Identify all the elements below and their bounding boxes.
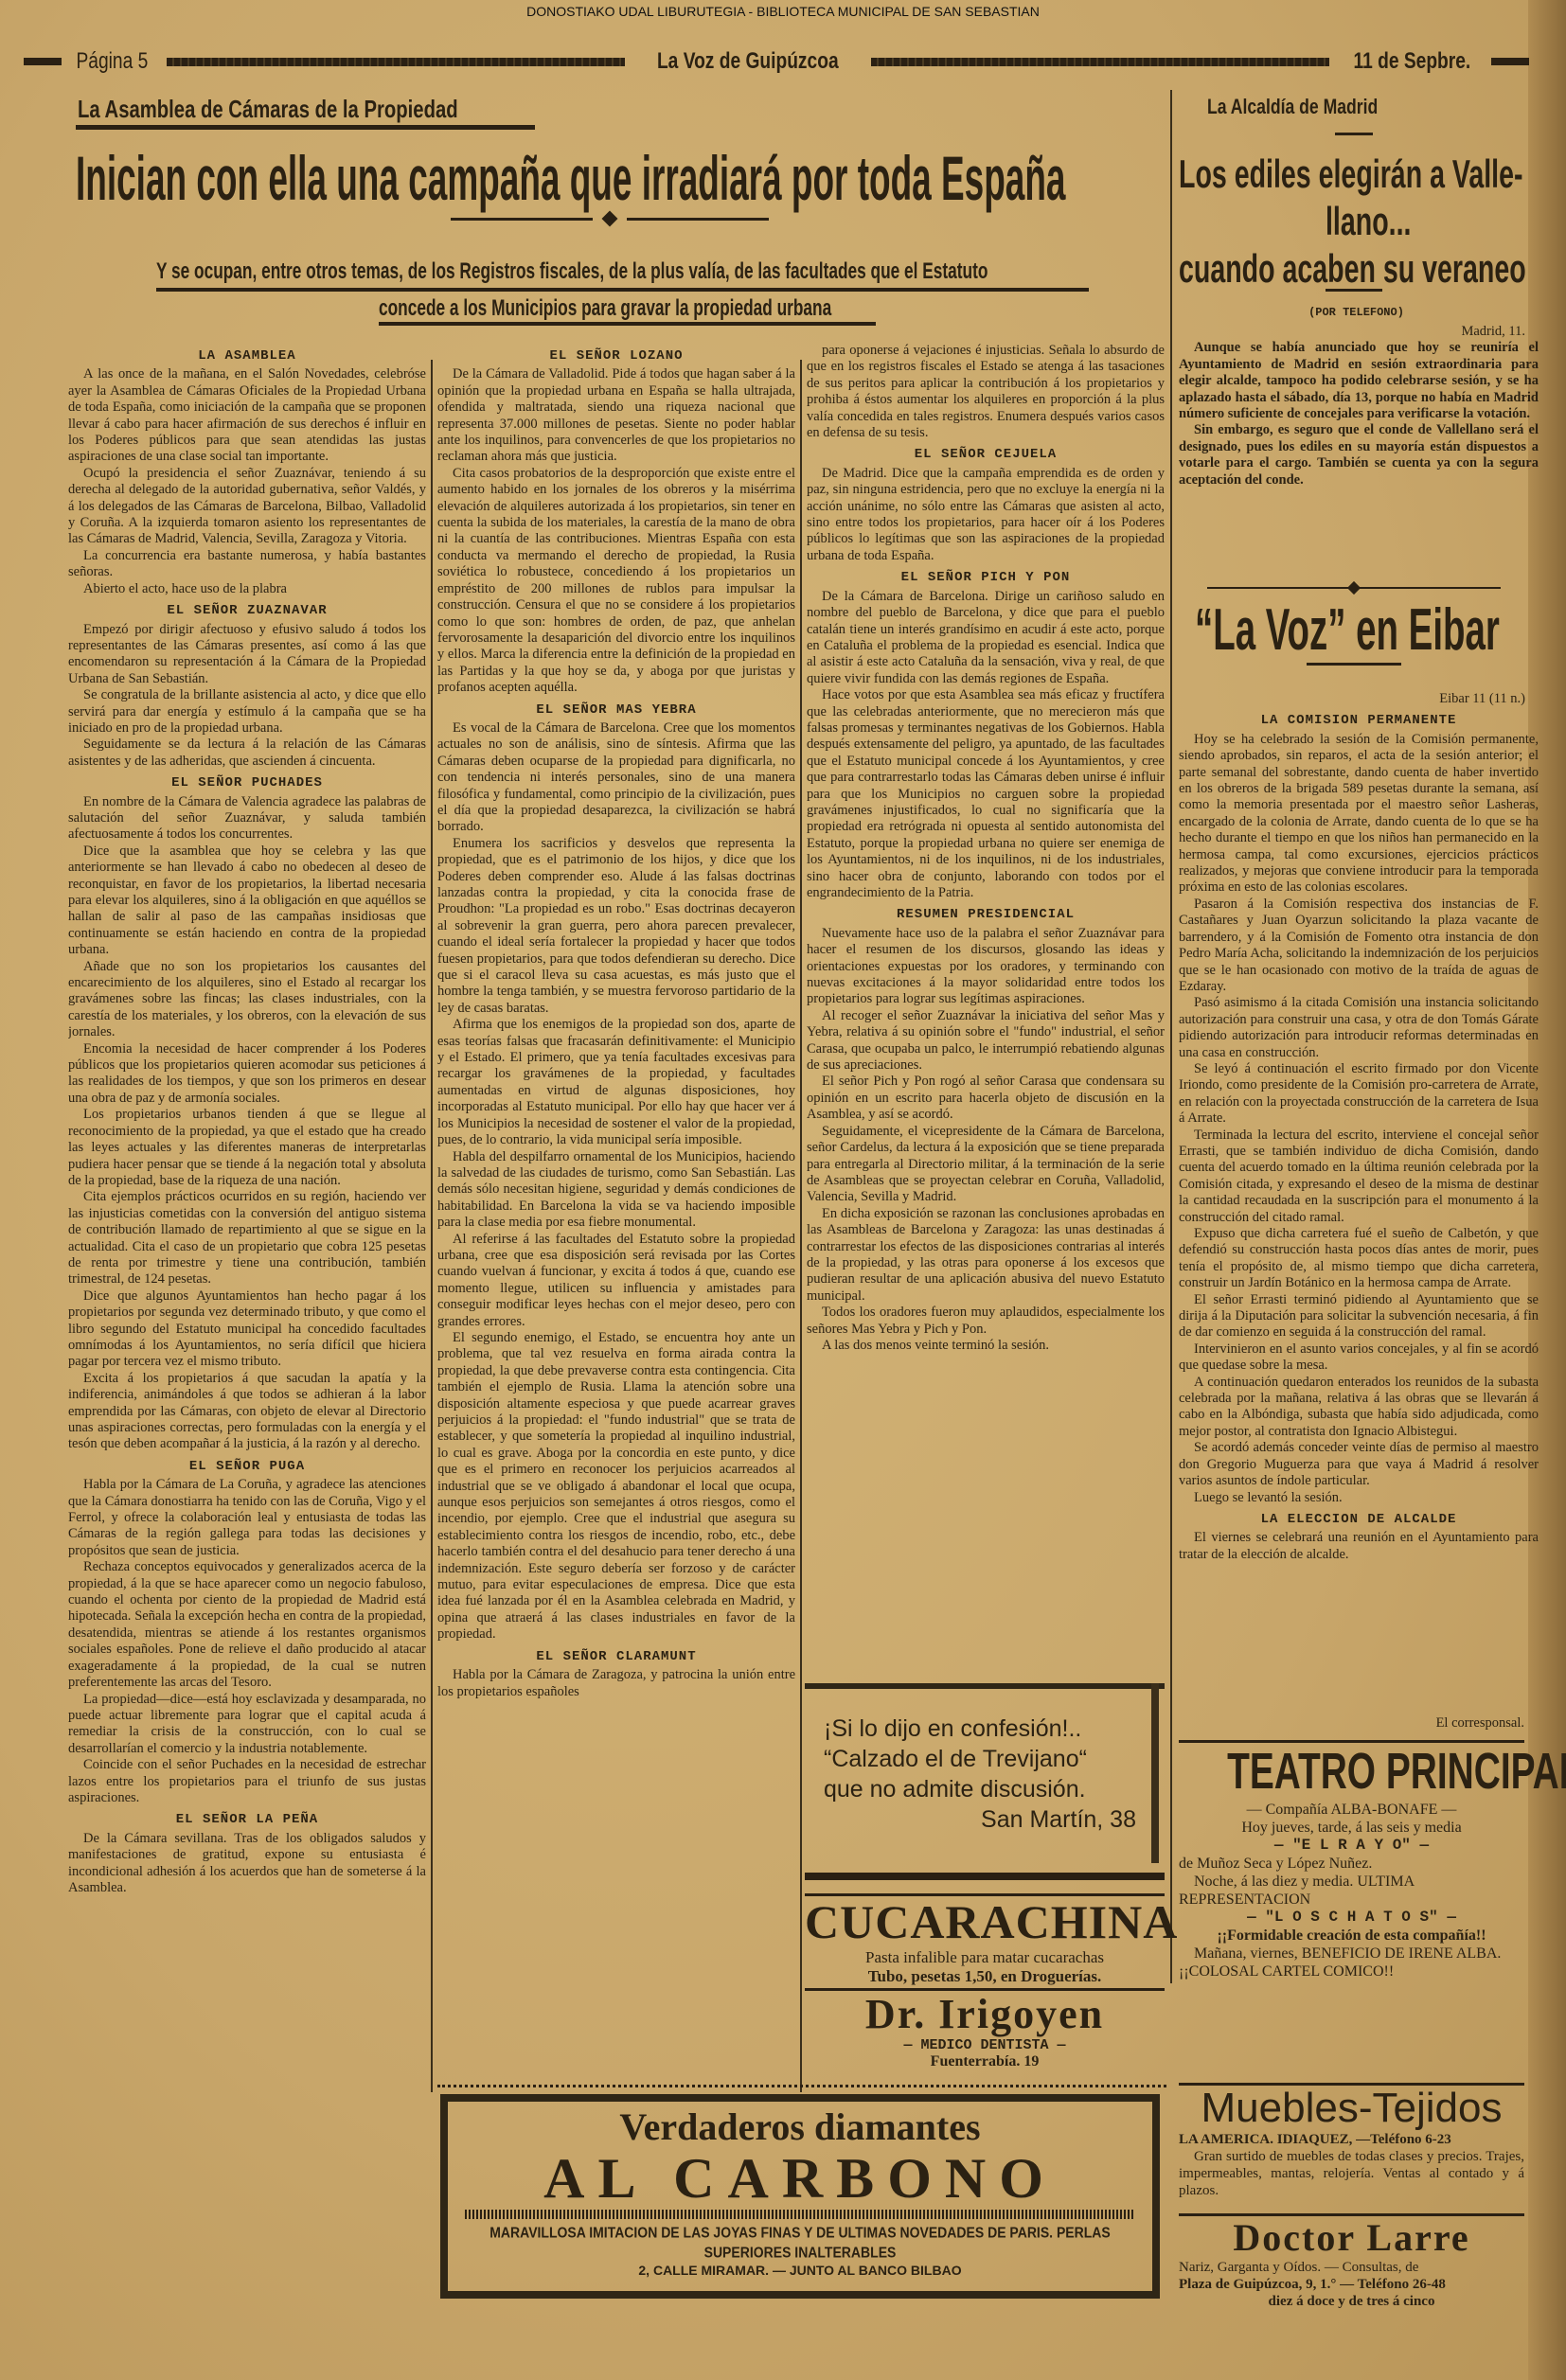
paragraph: Aunque se había anunciado que hoy se reu… xyxy=(1179,340,1539,422)
irigoyen-ad: Dr. Irigoyen — MEDICO DENTISTA — Fuenter… xyxy=(805,1992,1165,2070)
paragraph: Expuso que dicha carretera fué el sueño … xyxy=(1179,1226,1539,1292)
paragraph: Pasaron á la Comisión respectiva dos ins… xyxy=(1179,897,1539,995)
paragraph: Enumera los sacrificios y desvelos que r… xyxy=(437,836,795,1017)
muebles-ad: Muebles-Tejidos LA AMERICA. IDIAQUEZ, —T… xyxy=(1179,2086,1524,2199)
muebles-line-1: LA AMERICA. IDIAQUEZ, —Teléfono 6-23 xyxy=(1179,2131,1524,2148)
subhead-underline xyxy=(156,288,1089,292)
column-rule xyxy=(800,360,802,2092)
paragraph: Dice que algunos Ayuntamientos han hecho… xyxy=(68,1288,426,1371)
eibar-headline: “La Voz” en Eibar xyxy=(1195,596,1500,664)
ad-border xyxy=(805,1873,1165,1880)
eibar-body: Eibar 11 (11 n.) LA COMISION PERMANENTEH… xyxy=(1179,691,1539,1685)
paragraph: Añade que no son los propietarios los ca… xyxy=(68,959,426,1041)
cucarachina-ad: CUCARACHINA Pasta infalible para matar c… xyxy=(805,1895,1165,1986)
paragraph: Excita á los propietarios á que sacudan … xyxy=(68,1371,426,1453)
teatro-play-2: — "L O S C H A T O S" — xyxy=(1179,1909,1524,1927)
irigoyen-line-1: — MEDICO DENTISTA — xyxy=(805,2037,1165,2053)
teatro-play-1: — "E L R A Y O" — xyxy=(1179,1837,1524,1855)
paragraph: Abierto el acto, hace uso de la plabra xyxy=(68,581,426,597)
madrid-byline: (POR TELEFONO) xyxy=(1174,306,1539,319)
paragraph: Seguidamente se da lectura á la relación… xyxy=(68,737,426,770)
paragraph: El viernes se celebrará una reunión en e… xyxy=(1179,1530,1539,1563)
article-column-1: LA ASAMBLEAA las once de la mañana, en e… xyxy=(68,343,426,2094)
subheadline-2: concede a los Municipios para gravar la … xyxy=(379,295,831,322)
masthead-rule xyxy=(167,58,625,66)
eibar-dateline: Eibar 11 (11 n.) xyxy=(1179,691,1539,707)
section-heading: LA COMISION PERMANENTE xyxy=(1179,713,1539,729)
ad-border xyxy=(1151,1683,1159,1863)
paragraph: Luego se levantó la sesión. xyxy=(1179,1490,1539,1506)
subhead-underline xyxy=(379,322,876,326)
paragraph: Se congratula de la brillante asistencia… xyxy=(68,687,426,737)
paragraph: Terminada la lectura del escrito, interv… xyxy=(1179,1128,1539,1226)
madrid-body: Madrid, 11. Aunque se había anunciado qu… xyxy=(1179,324,1539,488)
paragraph: Dice que la asamblea que hoy se celebra … xyxy=(68,844,426,959)
paragraph: De la Cámara sevillana. Tras de los obli… xyxy=(68,1831,426,1897)
paragraph: Hoy se ha celebrado la sesión de la Comi… xyxy=(1179,732,1539,897)
larre-ad: Doctor Larre Nariz, Garganta y Oídos. — … xyxy=(1179,2217,1524,2310)
paragraph: Hace votos por que esta Asamblea sea más… xyxy=(807,687,1165,901)
page-number: Página 5 xyxy=(76,48,148,75)
paragraph: La concurrencia era bastante numerosa, y… xyxy=(68,548,426,581)
paragraph: Se leyó á continuación el escrito firmad… xyxy=(1179,1061,1539,1128)
paragraph: A las dos menos veinte terminó la sesión… xyxy=(807,1338,1165,1354)
madrid-kicker: La Alcaldía de Madrid xyxy=(1207,95,1378,119)
paragraph: Nuevamente hace uso de la palabra el señ… xyxy=(807,926,1165,1008)
paragraph: Seguidamente, el vicepresidente de la Cá… xyxy=(807,1124,1165,1206)
teatro-line-6: ¡¡Formidable creación de esta compañía!! xyxy=(1179,1927,1524,1945)
section-heading: EL SEÑOR MAS YEBRA xyxy=(437,702,795,719)
carbono-line-1: Verdaderos diamantes xyxy=(448,2102,1152,2149)
masthead-rule xyxy=(1491,58,1529,65)
section-heading: EL SEÑOR PUCHADES xyxy=(68,775,426,791)
paragraph: Intervinieron en el asunto varios concej… xyxy=(1179,1341,1539,1375)
calzado-line-3: que no admite discusión. xyxy=(814,1774,1155,1804)
carbono-address: 2, CALLE MIRAMAR. — JUNTO AL BANCO BILBA… xyxy=(448,2261,1152,2280)
teatro-title: TEATRO PRINCIPAL xyxy=(1227,1742,1476,1801)
madrid-headline-3: cuando acaben su veraneo xyxy=(1179,246,1526,292)
teatro-ad: TEATRO PRINCIPAL — Compañía ALBA-BONAFE … xyxy=(1179,1742,1524,1980)
masthead: Página 5 La Voz de Guipúzcoa 11 de Sepbr… xyxy=(24,47,1529,76)
paragraph: Se acordó además conceder veinte días de… xyxy=(1179,1440,1539,1489)
paragraph: para oponerse á vejaciones é injusticias… xyxy=(807,343,1165,441)
masthead-rule xyxy=(871,58,1329,66)
paragraph: Los propietarios urbanos tienden á que s… xyxy=(68,1107,426,1189)
calzado-ad: ¡Si lo dijo en confesión!.. “Calzado el … xyxy=(814,1695,1155,1846)
paragraph: Habla del despilfarro ornamental de los … xyxy=(437,1149,795,1232)
paper-title: La Voz de Guipúzcoa xyxy=(657,48,839,75)
teatro-line-3: de Muñoz Seca y López Nuñez. xyxy=(1179,1855,1524,1873)
calzado-line-1: ¡Si lo dijo en confesión!.. xyxy=(814,1695,1155,1744)
paragraph: De Madrid. Dice que la campaña emprendid… xyxy=(807,466,1165,564)
short-rule xyxy=(1335,133,1373,135)
madrid-headline-2: llano... xyxy=(1326,199,1411,244)
paragraph: El señor Pich y Pon rogó al señor Carasa… xyxy=(807,1074,1165,1123)
main-headline: Inician con ella una campaña que irradia… xyxy=(76,142,1065,214)
carbono-ad: Verdaderos diamantes AL CARBONO MARAVILL… xyxy=(440,2094,1160,2299)
teatro-line-7: Mañana, viernes, BENEFICIO DE IRENE ALBA… xyxy=(1179,1945,1524,1980)
larre-title: Doctor Larre xyxy=(1179,2217,1524,2259)
paragraph: El segundo enemigo, el Estado, se encuen… xyxy=(437,1330,795,1643)
section-heading: EL SEÑOR CLARAMUNT xyxy=(437,1649,795,1665)
paragraph: Al recoger el señor Zuaznávar la iniciat… xyxy=(807,1008,1165,1075)
paragraph: Sin embargo, es seguro que el conde de V… xyxy=(1179,422,1539,488)
muebles-line-2: Gran surtido de muebles de todas clases … xyxy=(1179,2148,1524,2199)
column-rule xyxy=(1170,90,1172,1983)
paragraph: En dicha exposición se razonan las concl… xyxy=(807,1206,1165,1305)
hatched-rule xyxy=(465,2210,1135,2219)
section-heading: EL SEÑOR CEJUELA xyxy=(807,447,1165,463)
subheadline-1: Y se ocupan, entre otros temas, de los R… xyxy=(156,258,988,285)
madrid-dateline: Madrid, 11. xyxy=(1179,324,1539,340)
cucarachina-line-2: Tubo, pesetas 1,50, en Droguerías. xyxy=(805,1967,1165,1986)
ad-border xyxy=(805,1683,1165,1689)
paragraph: Rechaza conceptos equivocados y generali… xyxy=(68,1559,426,1691)
carbono-title: AL CARBONO xyxy=(448,2149,1152,2208)
ornament-divider xyxy=(451,216,801,222)
paragraph: Encomia la necesidad de hacer comprender… xyxy=(68,1041,426,1108)
larre-line-3: diez á doce y de tres á cinco xyxy=(1179,2293,1524,2310)
column-rule xyxy=(431,360,433,2092)
paragraph: Todos los oradores fueron muy aplaudidos… xyxy=(807,1305,1165,1338)
kicker-underline xyxy=(76,125,535,130)
cucarachina-title: CUCARACHINA xyxy=(805,1895,1165,1948)
section-heading: RESUMEN PRESIDENCIAL xyxy=(807,907,1165,923)
section-heading: LA ELECCION DE ALCALDE xyxy=(1179,1512,1539,1528)
teatro-line-4: Noche, á las diez y media. ULTIMA REPRES… xyxy=(1179,1873,1524,1909)
calzado-line-2: “Calzado el de Trevijano“ xyxy=(814,1744,1155,1774)
paragraph: Al referirse á las facultades del Estatu… xyxy=(437,1232,795,1330)
paragraph: A continuación quedaron enterados los re… xyxy=(1179,1375,1539,1441)
section-heading: LA ASAMBLEA xyxy=(68,348,426,364)
article-column-2: EL SEÑOR LOZANODe la Cámara de Valladoli… xyxy=(437,343,795,1895)
teatro-company: — Compañía ALBA-BONAFE — xyxy=(1179,1801,1524,1819)
main-kicker: La Asamblea de Cámaras de la Propiedad xyxy=(78,95,458,124)
paragraph: En nombre de la Cámara de Valencia agrad… xyxy=(68,794,426,844)
archive-watermark: DONOSTIAKO UDAL LIBURUTEGIA - BIBLIOTECA… xyxy=(0,4,1566,19)
paragraph: Pasó asimismo á la citada Comisión una i… xyxy=(1179,995,1539,1061)
paragraph: Empezó por dirigir afectuoso y efusivo s… xyxy=(68,622,426,688)
irigoyen-line-2: Fuenterrabía. 19 xyxy=(805,2053,1165,2070)
masthead-rule xyxy=(24,58,62,65)
paragraph: El señor Errasti terminó pidiendo al Ayu… xyxy=(1179,1292,1539,1341)
section-heading: EL SEÑOR PICH Y PON xyxy=(807,570,1165,586)
paragraph: Afirma que los enemigos de la propiedad … xyxy=(437,1017,795,1148)
paragraph: La propiedad—dice—está hoy esclavizada y… xyxy=(68,1692,426,1758)
paragraph: Cita casos probatorios de la desproporci… xyxy=(437,466,795,697)
section-heading: EL SEÑOR ZUAZNAVAR xyxy=(68,603,426,619)
teatro-line-1: Hoy jueves, tarde, á las seis y media xyxy=(1179,1819,1524,1837)
section-heading: EL SEÑOR LA PEÑA xyxy=(68,1812,426,1828)
paragraph: Habla por la Cámara de La Coruña, y agra… xyxy=(68,1477,426,1559)
larre-line-2: Plaza de Guipúzcoa, 9, 1.° — Teléfono 26… xyxy=(1179,2276,1524,2293)
issue-date: 11 de Sepbre. xyxy=(1354,48,1471,75)
paragraph: Habla por la Cámara de Zaragoza, y patro… xyxy=(437,1667,795,1700)
paragraph: De la Cámara de Barcelona. Dirige un car… xyxy=(807,589,1165,687)
calzado-address: San Martín, 38 xyxy=(814,1804,1155,1835)
wavy-rule xyxy=(437,2079,1166,2087)
paragraph: Cita ejemplos prácticos ocurridos en su … xyxy=(68,1189,426,1288)
short-rule xyxy=(1326,289,1382,292)
irigoyen-title: Dr. Irigoyen xyxy=(805,1992,1165,2037)
cucarachina-line-1: Pasta infalible para matar cucarachas xyxy=(805,1948,1165,1967)
short-rule xyxy=(1307,663,1401,666)
ornament-divider xyxy=(1207,585,1501,591)
paragraph: Ocupó la presidencia el señor Zuaznávar,… xyxy=(68,466,426,548)
muebles-title: Muebles-Tejidos xyxy=(1179,2086,1524,2131)
paragraph: Es vocal de la Cámara de Barcelona. Cree… xyxy=(437,720,795,836)
madrid-headline-1: Los ediles elegirán a Valle- xyxy=(1179,151,1523,197)
article-column-3: para oponerse á vejaciones é injusticias… xyxy=(807,343,1165,1659)
paragraph: A las once de la mañana, en el Salón Nov… xyxy=(68,366,426,465)
larre-line-1: Nariz, Garganta y Oídos. — Consultas, de xyxy=(1179,2259,1524,2276)
carbono-line-2: MARAVILLOSA IMITACION DE LAS JOYAS FINAS… xyxy=(448,2219,1152,2263)
correspondent-signature: El corresponsal. xyxy=(1179,1715,1524,1732)
paragraph: Coincide con el señor Puchades en la nec… xyxy=(68,1757,426,1806)
section-heading: EL SEÑOR LOZANO xyxy=(437,348,795,364)
section-heading: EL SEÑOR PUGA xyxy=(68,1459,426,1475)
paragraph: De la Cámara de Valladolid. Pide á todos… xyxy=(437,366,795,465)
